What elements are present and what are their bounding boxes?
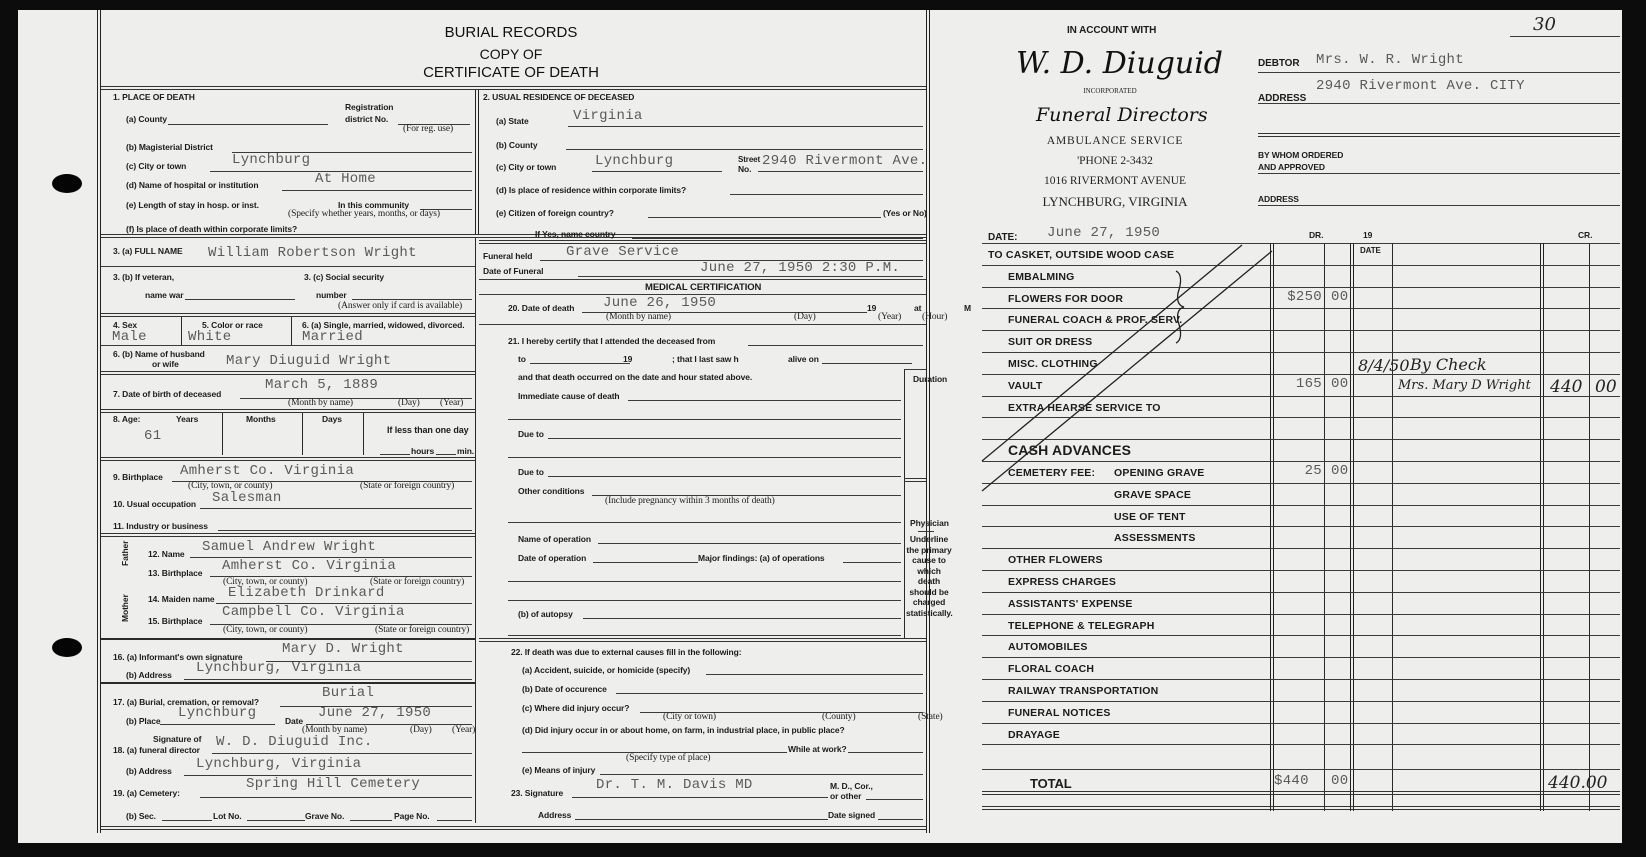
director-field[interactable] bbox=[212, 753, 472, 754]
mother-birthplace-label: 15. Birthplace bbox=[148, 616, 202, 626]
md-label-1: M. D., Cor., bbox=[830, 781, 873, 791]
city-value: Lynchburg bbox=[232, 152, 310, 168]
accident-label: (a) Accident, suicide, or homicide (spec… bbox=[522, 665, 690, 675]
cemetery-label: 19. (a) Cemetery: bbox=[113, 788, 180, 798]
operation-date-field[interactable] bbox=[593, 562, 698, 563]
page-number-line bbox=[1510, 36, 1620, 37]
informant-address-field[interactable] bbox=[184, 679, 472, 680]
mother-name-label: 14. Maiden name bbox=[148, 594, 215, 604]
sec-label: (b) Sec. bbox=[126, 811, 156, 821]
ledger-item-dollars: 165 bbox=[1278, 376, 1322, 392]
total-dollars: $440 bbox=[1274, 773, 1309, 789]
residence-state-label: (a) State bbox=[496, 116, 529, 126]
citizen-field[interactable] bbox=[648, 217, 881, 218]
physician-address-label: Address bbox=[538, 810, 571, 820]
reg-use-note: (For reg. use) bbox=[403, 124, 453, 134]
row-rule bbox=[904, 369, 926, 370]
name-country-field[interactable] bbox=[632, 238, 923, 239]
funeral-held-value: Grave Service bbox=[566, 244, 679, 260]
row-rule bbox=[101, 638, 475, 640]
occupation-value: Salesman bbox=[212, 490, 282, 506]
director-label-1: Signature of bbox=[153, 734, 201, 744]
months-label: Months bbox=[246, 414, 276, 424]
ledger-item-cents: 00 bbox=[1331, 289, 1348, 305]
residence-corporate-field[interactable] bbox=[730, 194, 923, 195]
date-signed-label: Date signed bbox=[828, 810, 875, 820]
where-city-note: (City or town) bbox=[663, 712, 716, 722]
stay-label: (e) Length of stay in hosp. or inst. bbox=[126, 200, 259, 210]
ledger-item-dollars: $250 bbox=[1278, 289, 1322, 305]
death-day-note: (Day) bbox=[794, 312, 816, 322]
ledger-row-rule bbox=[982, 505, 1620, 506]
ledger-item-cents: 00 bbox=[1331, 376, 1348, 392]
last-saw-label: ; that I last saw h bbox=[672, 354, 739, 364]
name-war-field[interactable] bbox=[185, 299, 295, 300]
district-label: district No. bbox=[345, 114, 388, 124]
hospital-value: At Home bbox=[315, 171, 376, 187]
ledger-row-rule bbox=[982, 657, 1620, 658]
spouse-label-2: or wife bbox=[152, 359, 179, 369]
title-burial-records: BURIAL RECORDS bbox=[381, 24, 641, 41]
other-conditions-field-2[interactable] bbox=[508, 522, 901, 523]
physician-note: Underline the primary cause to which dea… bbox=[906, 534, 952, 618]
place-of-death-heading: 1. PLACE OF DEATH bbox=[113, 92, 195, 102]
years-label: Years bbox=[176, 414, 198, 424]
age-value: 61 bbox=[144, 428, 161, 444]
city-address: LYNCHBURG, VIRGINIA bbox=[1020, 194, 1210, 210]
physician-address-field[interactable] bbox=[575, 819, 828, 820]
occurrence-field[interactable] bbox=[616, 693, 923, 694]
cell-divider bbox=[363, 413, 364, 455]
ledger-item-sublabel: ASSESSMENTS bbox=[1114, 532, 1196, 544]
informant-address-label: (b) Address bbox=[126, 670, 172, 680]
disposition-value: Burial bbox=[322, 685, 374, 701]
physician-underline bbox=[918, 531, 934, 532]
phone: 'PHONE 2-3432 bbox=[1030, 155, 1200, 167]
stay-note: (Specify whether years, months, or days) bbox=[288, 209, 440, 219]
ordered-address-label: ADDRESS bbox=[1258, 194, 1299, 204]
name-war-label: name war bbox=[145, 290, 183, 300]
funeral-date-field[interactable] bbox=[578, 276, 923, 277]
residence-state-value: Virginia bbox=[573, 108, 643, 124]
cell-divider bbox=[181, 317, 182, 345]
findings-label: Major findings: (a) of operations bbox=[698, 553, 825, 563]
father-birthplace-label: 13. Birthplace bbox=[148, 568, 202, 578]
county-label: (a) County bbox=[126, 114, 167, 124]
brace-icon bbox=[1176, 271, 1184, 343]
immediate-cause-field[interactable] bbox=[628, 400, 901, 401]
title-copy-of: COPY OF bbox=[381, 46, 641, 62]
incorporated-label: INCORPORATED bbox=[1070, 87, 1150, 95]
credit-cents: 00 bbox=[1595, 377, 1617, 397]
full-name-value: William Robertson Wright bbox=[208, 245, 417, 261]
birthplace-label: 9. Birthplace bbox=[113, 472, 163, 482]
autopsy-field[interactable] bbox=[583, 618, 901, 619]
citizen-note: (Yes or No) bbox=[883, 208, 927, 218]
lot-field[interactable] bbox=[247, 820, 305, 821]
father-name-value: Samuel Andrew Wright bbox=[202, 539, 376, 555]
physician-label: Physician bbox=[910, 518, 949, 528]
min-field[interactable] bbox=[436, 454, 456, 455]
due-to-field-1b[interactable] bbox=[508, 457, 901, 458]
street-address: 1016 RIVERMONT AVENUE bbox=[1020, 175, 1210, 187]
marital-value: Married bbox=[302, 329, 363, 345]
row-rule bbox=[101, 682, 475, 684]
ssn-number-label: number bbox=[316, 290, 347, 300]
due-to-field-1[interactable] bbox=[548, 438, 901, 439]
director-address-label: (b) Address bbox=[126, 766, 172, 776]
ledger-item-sublabel: USE OF TENT bbox=[1114, 511, 1186, 523]
ledger-cents-divider bbox=[1324, 243, 1325, 811]
debtor-field[interactable] bbox=[1258, 72, 1620, 73]
veteran-label: 3. (b) If veteran, bbox=[113, 272, 174, 282]
home-label: (d) Did injury occur in or about home, o… bbox=[522, 725, 845, 735]
ledger-item-label: OTHER FLOWERS bbox=[1008, 554, 1103, 566]
page-number: 30 bbox=[1533, 14, 1556, 35]
residence-city-field[interactable] bbox=[592, 171, 722, 172]
m-label: M bbox=[964, 303, 971, 313]
md-field[interactable] bbox=[866, 799, 923, 800]
bottom-rule bbox=[982, 806, 1620, 810]
credit-total: 440.00 bbox=[1548, 773, 1607, 793]
spouse-label: 6. (b) Name of husband bbox=[113, 349, 205, 359]
due-to-label-1: Due to bbox=[518, 429, 544, 439]
duration-label: Duration bbox=[913, 374, 947, 384]
ledger-row-rule bbox=[982, 744, 1620, 745]
other-conditions-label: Other conditions bbox=[518, 486, 584, 496]
less-than-day-label: If less than one day bbox=[387, 425, 469, 435]
attended-to-field[interactable] bbox=[530, 363, 630, 364]
corporate-limits-label: (f) Is place of death within corporate l… bbox=[126, 224, 297, 234]
occupation-label: 10. Usual occupation bbox=[113, 499, 196, 509]
burial-day-note: (Day) bbox=[410, 725, 432, 735]
burial-date-label: Date bbox=[285, 716, 303, 726]
father-name-label: 12. Name bbox=[148, 549, 185, 559]
ledger-row-rule bbox=[982, 548, 1620, 549]
header-rule bbox=[101, 86, 926, 90]
left-margin-rule bbox=[97, 10, 101, 833]
sec-field[interactable] bbox=[162, 820, 212, 821]
debtor-value: Mrs. W. R. Wright bbox=[1316, 52, 1464, 68]
dob-day-note: (Day) bbox=[398, 398, 420, 408]
place-type-note: (Specify type of place) bbox=[626, 753, 710, 763]
ordered-address-field[interactable] bbox=[1258, 205, 1620, 206]
funeral-held-label: Funeral held bbox=[483, 251, 532, 261]
occupation-field[interactable] bbox=[200, 508, 472, 509]
findings-field[interactable] bbox=[843, 562, 901, 563]
company-logo: W. D. Diuguid bbox=[1016, 46, 1223, 81]
while-at-work-label: While at work? bbox=[788, 744, 847, 754]
street-field[interactable] bbox=[758, 171, 923, 172]
md-label-2: or other bbox=[830, 791, 861, 801]
ledger-row-rule bbox=[982, 679, 1620, 680]
attended-from-field[interactable] bbox=[748, 345, 923, 346]
director-address-value: Lynchburg, Virginia bbox=[196, 756, 361, 772]
dob-year-note: (Year) bbox=[440, 398, 463, 408]
total-rule bbox=[982, 791, 1620, 795]
street-label: Street bbox=[738, 155, 760, 164]
where-state-note: (State) bbox=[918, 712, 943, 722]
mother-state-note: (State or foreign country) bbox=[375, 625, 469, 635]
autopsy-label: (b) of autopsy bbox=[518, 609, 573, 619]
center-divider bbox=[926, 10, 930, 833]
hours-field[interactable] bbox=[380, 454, 410, 455]
page-label: Page No. bbox=[394, 811, 430, 821]
ordered-field[interactable] bbox=[1258, 173, 1620, 174]
hospital-field[interactable] bbox=[282, 190, 472, 191]
in-account-with: IN ACCOUNT WITH bbox=[1067, 25, 1156, 36]
ledger-credit-amount-divider bbox=[1540, 243, 1544, 811]
death-year-note: (Year) bbox=[878, 312, 901, 322]
ledger-item-label: RAILWAY TRANSPORTATION bbox=[1008, 685, 1158, 697]
birthplace-value: Amherst Co. Virginia bbox=[180, 463, 354, 479]
tagline: Funeral Directors bbox=[1036, 104, 1208, 126]
row-rule bbox=[101, 345, 475, 346]
dob-label: 7. Date of birth of deceased bbox=[113, 389, 221, 399]
means-field[interactable] bbox=[600, 774, 923, 775]
strike-through-lines bbox=[980, 243, 1280, 493]
credit-date: 8/4/50 bbox=[1358, 356, 1410, 375]
due-to-field-2[interactable] bbox=[548, 476, 901, 477]
ledger-item-label: FUNERAL NOTICES bbox=[1008, 707, 1111, 719]
dr-label: DR. bbox=[1309, 230, 1323, 240]
city-label: (c) City or town bbox=[126, 161, 186, 171]
residence-county-label: (b) County bbox=[496, 140, 538, 150]
row-rule bbox=[904, 478, 926, 482]
sex-value: Male bbox=[112, 329, 147, 345]
where-county-note: (County) bbox=[822, 712, 856, 722]
ledger-item-label: ASSISTANTS' EXPENSE bbox=[1008, 598, 1133, 610]
lot-label: Lot No. bbox=[213, 811, 242, 821]
ledger-item-label: FLORAL COACH bbox=[1008, 663, 1094, 675]
row-rule bbox=[479, 279, 926, 280]
residence-city-value: Lynchburg bbox=[595, 153, 673, 169]
bottom-rule bbox=[101, 826, 926, 830]
alive-on-label: alive on bbox=[788, 354, 819, 364]
row-rule bbox=[479, 240, 926, 244]
means-label: (e) Means of injury bbox=[522, 765, 595, 775]
to-year-prefix: 19 bbox=[623, 354, 632, 364]
total-label: TOTAL bbox=[1030, 776, 1072, 791]
director-value: W. D. Diuguid Inc. bbox=[216, 734, 373, 750]
physician-signature-field[interactable] bbox=[572, 797, 828, 798]
death-month-note: (Month by name) bbox=[606, 312, 671, 322]
ssn-label: 3. (c) Social security bbox=[304, 272, 384, 282]
ssn-note: (Answer only if card is available) bbox=[338, 301, 462, 311]
total-cents: 00 bbox=[1331, 773, 1348, 789]
to-label: to bbox=[518, 354, 526, 364]
debtor-label: DEBTOR bbox=[1258, 58, 1299, 69]
autopsy-field-2[interactable] bbox=[508, 635, 901, 636]
ledger-credit-cents-divider bbox=[1589, 243, 1590, 811]
mother-city-note: (City, town, or county) bbox=[223, 625, 307, 635]
dob-month-note: (Month by name) bbox=[288, 398, 353, 408]
ssn-field[interactable] bbox=[352, 299, 472, 300]
cemetery-field[interactable] bbox=[200, 797, 472, 798]
burial-year-note: (Year) bbox=[452, 725, 475, 735]
findings-field-2[interactable] bbox=[508, 581, 901, 582]
county-field[interactable] bbox=[168, 124, 328, 125]
credit-date-header: DATE bbox=[1360, 246, 1381, 255]
row-rule bbox=[479, 324, 926, 325]
grave-field[interactable] bbox=[350, 820, 392, 821]
row-rule bbox=[479, 638, 926, 642]
debtor-address-value: 2940 Rivermont Ave. CITY bbox=[1316, 78, 1525, 94]
dob-value: March 5, 1889 bbox=[265, 377, 378, 393]
row-rule bbox=[101, 266, 475, 267]
age-label: 8. Age: bbox=[113, 414, 140, 424]
physician-signature-value: Dr. T. M. Davis MD bbox=[596, 777, 753, 793]
burial-place-field[interactable] bbox=[160, 724, 275, 725]
cr-label: CR. bbox=[1578, 230, 1592, 240]
external-heading: 22. If death was due to external causes … bbox=[511, 647, 741, 657]
funeral-date-label: Date of Funeral bbox=[483, 266, 543, 276]
residence-heading: 2. USUAL RESIDENCE OF DECEASED bbox=[483, 92, 634, 102]
magisterial-label: (b) Magisterial District bbox=[126, 142, 213, 152]
death-year-prefix: 19 bbox=[867, 303, 876, 313]
date-signed-field[interactable] bbox=[878, 819, 923, 820]
burial-date-value: June 27, 1950 bbox=[318, 705, 431, 721]
findings-field-3[interactable] bbox=[508, 600, 901, 601]
cell-divider bbox=[302, 413, 303, 455]
blank-field[interactable] bbox=[1258, 133, 1620, 137]
ambulance-service: AMBULANCE SERVICE bbox=[1030, 135, 1200, 147]
residence-state-field[interactable] bbox=[568, 126, 923, 127]
industry-field[interactable] bbox=[218, 530, 472, 531]
name-country-label: If Yes, name country bbox=[535, 229, 616, 239]
column-divider bbox=[475, 238, 476, 823]
dr-year-prefix: 19 bbox=[1363, 230, 1372, 240]
hospital-label: (d) Name of hospital or institution bbox=[126, 180, 259, 190]
credit-note-2: Mrs. Mary D Wright bbox=[1398, 378, 1531, 393]
street-no-label: No. bbox=[738, 164, 751, 174]
at-label: at bbox=[914, 303, 921, 313]
row-rule bbox=[982, 769, 1620, 770]
mother-name-value: Elizabeth Drinkard bbox=[228, 585, 385, 601]
duration-column-divider bbox=[904, 369, 905, 639]
min-label: min. bbox=[457, 446, 474, 456]
ledger-row-rule bbox=[982, 614, 1620, 615]
ledger-date-divider bbox=[1392, 243, 1393, 811]
operation-name-label: Name of operation bbox=[518, 534, 591, 544]
accident-field[interactable] bbox=[706, 674, 923, 675]
where-label: (c) Where did injury occur? bbox=[522, 703, 629, 713]
physician-signature-label: 23. Signature bbox=[511, 788, 563, 798]
row-rule bbox=[101, 371, 475, 375]
street-value: 2940 Rivermont Ave. bbox=[762, 153, 927, 169]
occurrence-label: (b) Date of occurence bbox=[522, 684, 607, 694]
spouse-value: Mary Diuguid Wright bbox=[226, 353, 391, 369]
ledger-credit-divider bbox=[1350, 243, 1354, 811]
immediate-cause-field-2[interactable] bbox=[508, 419, 901, 420]
ledger-item-label: TELEPHONE & TELEGRAPH bbox=[1008, 620, 1155, 632]
credit-dollars: 440 bbox=[1550, 377, 1582, 397]
death-hour-note: (Hour) bbox=[922, 312, 947, 322]
birthplace-state-note: (State or foreign country) bbox=[360, 481, 454, 491]
ordered-label-1: BY WHOM ORDERED bbox=[1258, 150, 1343, 160]
death-date-value: June 26, 1950 bbox=[603, 295, 716, 311]
full-name-label: 3. (a) FULL NAME bbox=[113, 246, 183, 256]
ledger-row-rule bbox=[982, 526, 1620, 527]
cell-divider bbox=[291, 317, 292, 345]
ledger-row-rule bbox=[982, 570, 1620, 571]
ledger-item-label: EXPRESS CHARGES bbox=[1008, 576, 1116, 588]
operation-name-field[interactable] bbox=[598, 543, 901, 544]
burial-place-label: (b) Place bbox=[126, 716, 161, 726]
ledger-row-rule bbox=[982, 635, 1620, 636]
pregnancy-note: (Include pregnancy within 3 months of de… bbox=[605, 496, 775, 506]
citizen-label: (e) Citizen of foreign country? bbox=[496, 208, 614, 218]
cemetery-value: Spring Hill Cemetery bbox=[246, 776, 420, 792]
certify-label: 21. I hereby certify that I attended the… bbox=[508, 336, 715, 346]
residence-city-label: (c) City or town bbox=[496, 162, 556, 172]
death-date-label: 20. Date of death bbox=[508, 303, 574, 313]
father-birthplace-value: Amherst Co. Virginia bbox=[222, 558, 396, 574]
medical-heading: MEDICAL CERTIFICATION bbox=[645, 282, 761, 293]
operation-date-label: Date of operation bbox=[518, 553, 586, 563]
father-side-label: Father bbox=[120, 541, 130, 566]
registration-label: Registration bbox=[345, 102, 393, 112]
credit-note-1: By Check bbox=[1410, 355, 1487, 374]
ledger-item-cents: 00 bbox=[1331, 463, 1348, 479]
industry-label: 11. Industry or business bbox=[113, 521, 208, 531]
ledger-row-rule bbox=[982, 701, 1620, 702]
debtor-address-field[interactable] bbox=[1258, 103, 1620, 104]
page-field[interactable] bbox=[437, 820, 472, 821]
immediate-cause-label: Immediate cause of death bbox=[518, 391, 620, 401]
due-to-label-2: Due to bbox=[518, 467, 544, 477]
ledger-item-label: AUTOMOBILES bbox=[1008, 641, 1088, 653]
residence-corporate-label: (d) Is place of residence within corpora… bbox=[496, 185, 686, 195]
binder-hole-bottom bbox=[52, 638, 82, 657]
section-divider bbox=[475, 90, 479, 234]
funeral-date-value: June 27, 1950 2:30 P.M. bbox=[700, 260, 900, 276]
ordered-label-2: AND APPROVED bbox=[1258, 162, 1325, 172]
row-rule bbox=[101, 457, 475, 461]
ledger-date-label: DATE: bbox=[988, 232, 1017, 243]
informant-signature-value: Mary D. Wright bbox=[282, 641, 404, 657]
race-value: White bbox=[188, 329, 232, 345]
grave-label: Grave No. bbox=[305, 811, 344, 821]
ledger-item-label: DRAYAGE bbox=[1008, 729, 1060, 741]
dob-field[interactable] bbox=[240, 398, 472, 399]
days-label: Days bbox=[322, 414, 342, 424]
mother-side-label: Mother bbox=[120, 594, 130, 622]
cell-divider bbox=[222, 413, 223, 455]
occurred-label: and that death occurred on the date and … bbox=[518, 372, 752, 382]
row-rule bbox=[101, 313, 475, 317]
hours-label: hours bbox=[411, 446, 434, 456]
mother-birthplace-value: Campbell Co. Virginia bbox=[222, 604, 405, 620]
alive-on-field[interactable] bbox=[822, 363, 912, 364]
residence-county-field[interactable] bbox=[566, 149, 923, 150]
ledger-item-dollars: 25 bbox=[1278, 463, 1322, 479]
burial-place-value: Lynchburg bbox=[178, 705, 256, 721]
row-rule bbox=[101, 533, 475, 537]
ledger-row-rule bbox=[982, 723, 1620, 724]
title-certificate: CERTIFICATE OF DEATH bbox=[381, 64, 641, 81]
ledger-date-value: June 27, 1950 bbox=[1047, 225, 1160, 241]
ledger-row-rule bbox=[982, 592, 1620, 593]
row-rule bbox=[101, 409, 475, 413]
director-label-2: 18. (a) funeral director bbox=[113, 745, 200, 755]
while-at-work-field[interactable] bbox=[848, 752, 923, 753]
binder-hole-top bbox=[52, 174, 82, 193]
informant-address-value: Lynchburg, Virginia bbox=[196, 660, 361, 676]
